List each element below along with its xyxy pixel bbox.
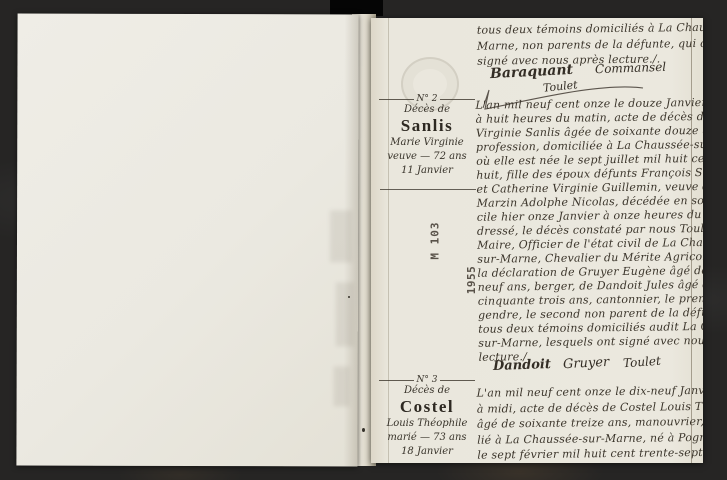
margin-rule xyxy=(380,189,476,190)
act-number: N° 3 xyxy=(417,375,438,385)
handwritten-line: Marne, non parents de la défunte, qui on… xyxy=(477,35,703,54)
margin-annotation-act3: N° 3 Décès de Costel Louis Théophile mar… xyxy=(379,375,475,459)
right-register-page: tous deux témoins domiciliés à La Chauss… xyxy=(371,18,703,463)
register-scan: tous deux témoins domiciliés à La Chauss… xyxy=(0,0,727,480)
margin-rule-segment xyxy=(440,380,475,381)
ink-bleedthrough xyxy=(330,210,352,262)
page-edge-line xyxy=(691,18,692,463)
margin-rule-segment xyxy=(379,380,414,381)
ink-bleedthrough xyxy=(336,282,354,346)
deceased-status-age: veuve — 72 ans xyxy=(379,150,475,164)
left-blank-page xyxy=(16,14,358,467)
ink-bleedthrough xyxy=(334,366,350,406)
signature-gruyer: Gruyer xyxy=(563,355,610,372)
deceased-surname: Costel xyxy=(379,397,475,417)
margin-deces-label: Décès de xyxy=(379,104,475,116)
deceased-status-age: marié — 73 ans xyxy=(379,431,475,445)
handwritten-line: le sept février mil huit cent trente-sep… xyxy=(477,444,703,463)
act-number: N° 2 xyxy=(417,94,438,104)
margin-rule-segment xyxy=(440,99,475,100)
act2-text: L'an mil neuf cent onze le douze Janvier… xyxy=(475,95,703,365)
act-date: 18 Janvier xyxy=(379,445,475,459)
signature-mayor-paraphe: Toulet xyxy=(623,354,662,371)
act-date: 11 Janvier xyxy=(379,164,475,178)
signature-commansel: Commansel xyxy=(595,60,667,76)
paper-speck xyxy=(348,296,350,298)
margin-annotation-act2: N° 2 Décès de Sanlis Marie Virginie veuv… xyxy=(379,94,475,178)
archive-stamp-code: M 103 xyxy=(429,217,442,265)
act1-closing-text: tous deux témoins domiciliés à La Chauss… xyxy=(477,19,703,69)
act-number-header: N° 2 xyxy=(379,94,475,104)
deceased-surname: Sanlis xyxy=(379,116,475,136)
act-number-header: N° 3 xyxy=(379,375,475,385)
paper-speck xyxy=(362,428,365,432)
deceased-given-names: Marie Virginie xyxy=(379,136,475,150)
margin-rule-segment xyxy=(379,99,414,100)
deceased-given-names: Louis Théophile xyxy=(379,417,475,431)
archive-stamp-year: 1955 xyxy=(465,262,477,298)
signature-dandoit: Dandoit xyxy=(493,357,551,374)
margin-deces-label: Décès de xyxy=(379,385,475,397)
handwritten-line: sur-Marne, lesquels ont signé avec nous … xyxy=(478,333,703,351)
act3-text: L'an mil neuf cent onze le dix-neuf Janv… xyxy=(477,382,703,463)
